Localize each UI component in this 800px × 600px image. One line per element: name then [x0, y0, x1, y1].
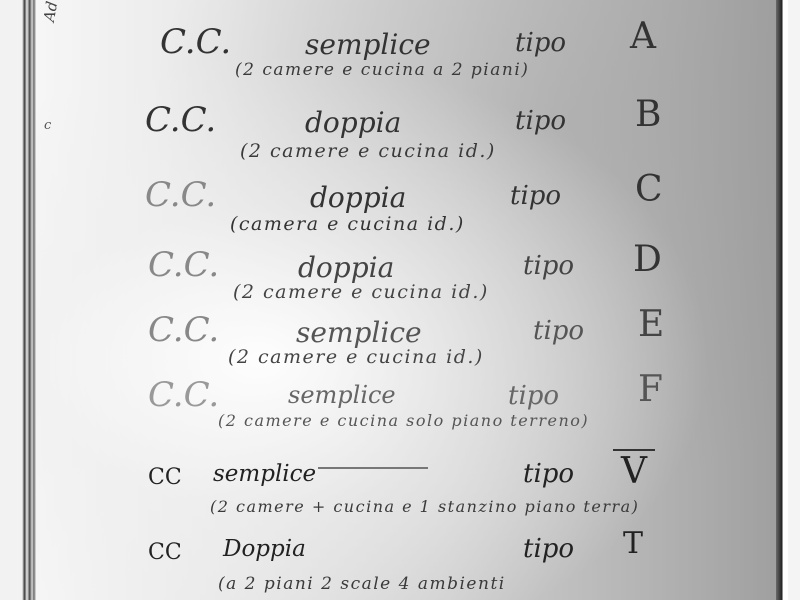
entry-code: C.C.	[145, 100, 216, 140]
entry-tipo: tipo	[515, 28, 566, 58]
page-binding	[22, 0, 36, 600]
pen-stroke	[318, 467, 428, 469]
entry-tipo: tipo	[515, 106, 566, 136]
entry-letter: F	[638, 369, 663, 410]
entry-description: (2 camere e cucina id.)	[233, 281, 489, 303]
entry-letter: E	[638, 304, 664, 345]
entry-kind: doppia	[298, 251, 394, 284]
entry-tipo: tipo	[523, 459, 574, 489]
entry-code: CC	[148, 540, 182, 565]
entry-description: (camera e cucina id.)	[230, 213, 465, 235]
entry-kind: semplice	[288, 381, 396, 409]
entry-description: (2 camere + cucina e 1 stanzino piano te…	[210, 497, 639, 516]
entry-description: (2 camere e cucina id.)	[240, 140, 496, 162]
entry-kind: doppia	[310, 181, 406, 214]
entry-description: (2 camere e cucina solo piano terreno)	[218, 411, 589, 430]
entry-description: (2 camere e cucina id.)	[228, 346, 484, 368]
entry-letter: T	[623, 526, 643, 561]
entry-tipo: tipo	[533, 316, 584, 346]
entry-tipo: tipo	[510, 181, 561, 211]
entry-kind: semplice	[213, 461, 316, 487]
entry-code: C.C.	[148, 245, 219, 285]
entry-letter: V	[613, 449, 655, 492]
entry-kind: semplice	[305, 28, 431, 61]
entry-code: C.C.	[145, 175, 216, 215]
page-edge	[776, 0, 788, 600]
entry-code: C.C.	[160, 22, 231, 62]
entry-description: (2 camere e cucina a 2 piani)	[235, 60, 529, 80]
entry-kind: Doppia	[223, 536, 306, 562]
entry-letter: C	[635, 169, 663, 210]
entry-code: C.C.	[148, 375, 219, 415]
entry-code: C.C.	[148, 310, 219, 350]
entry-letter: D	[633, 239, 662, 280]
entry-code: CC	[148, 465, 182, 490]
entry-tipo: tipo	[523, 251, 574, 281]
entry-kind: doppia	[305, 106, 401, 139]
margin-mark: c	[44, 118, 51, 133]
entry-kind: semplice	[296, 316, 422, 349]
entry-letter: A	[630, 16, 656, 57]
entry-letter: B	[635, 94, 661, 135]
entry-description: (a 2 piani 2 scale 4 ambienti	[218, 574, 506, 594]
entry-tipo: tipo	[523, 534, 574, 564]
entry-tipo: tipo	[508, 381, 559, 411]
